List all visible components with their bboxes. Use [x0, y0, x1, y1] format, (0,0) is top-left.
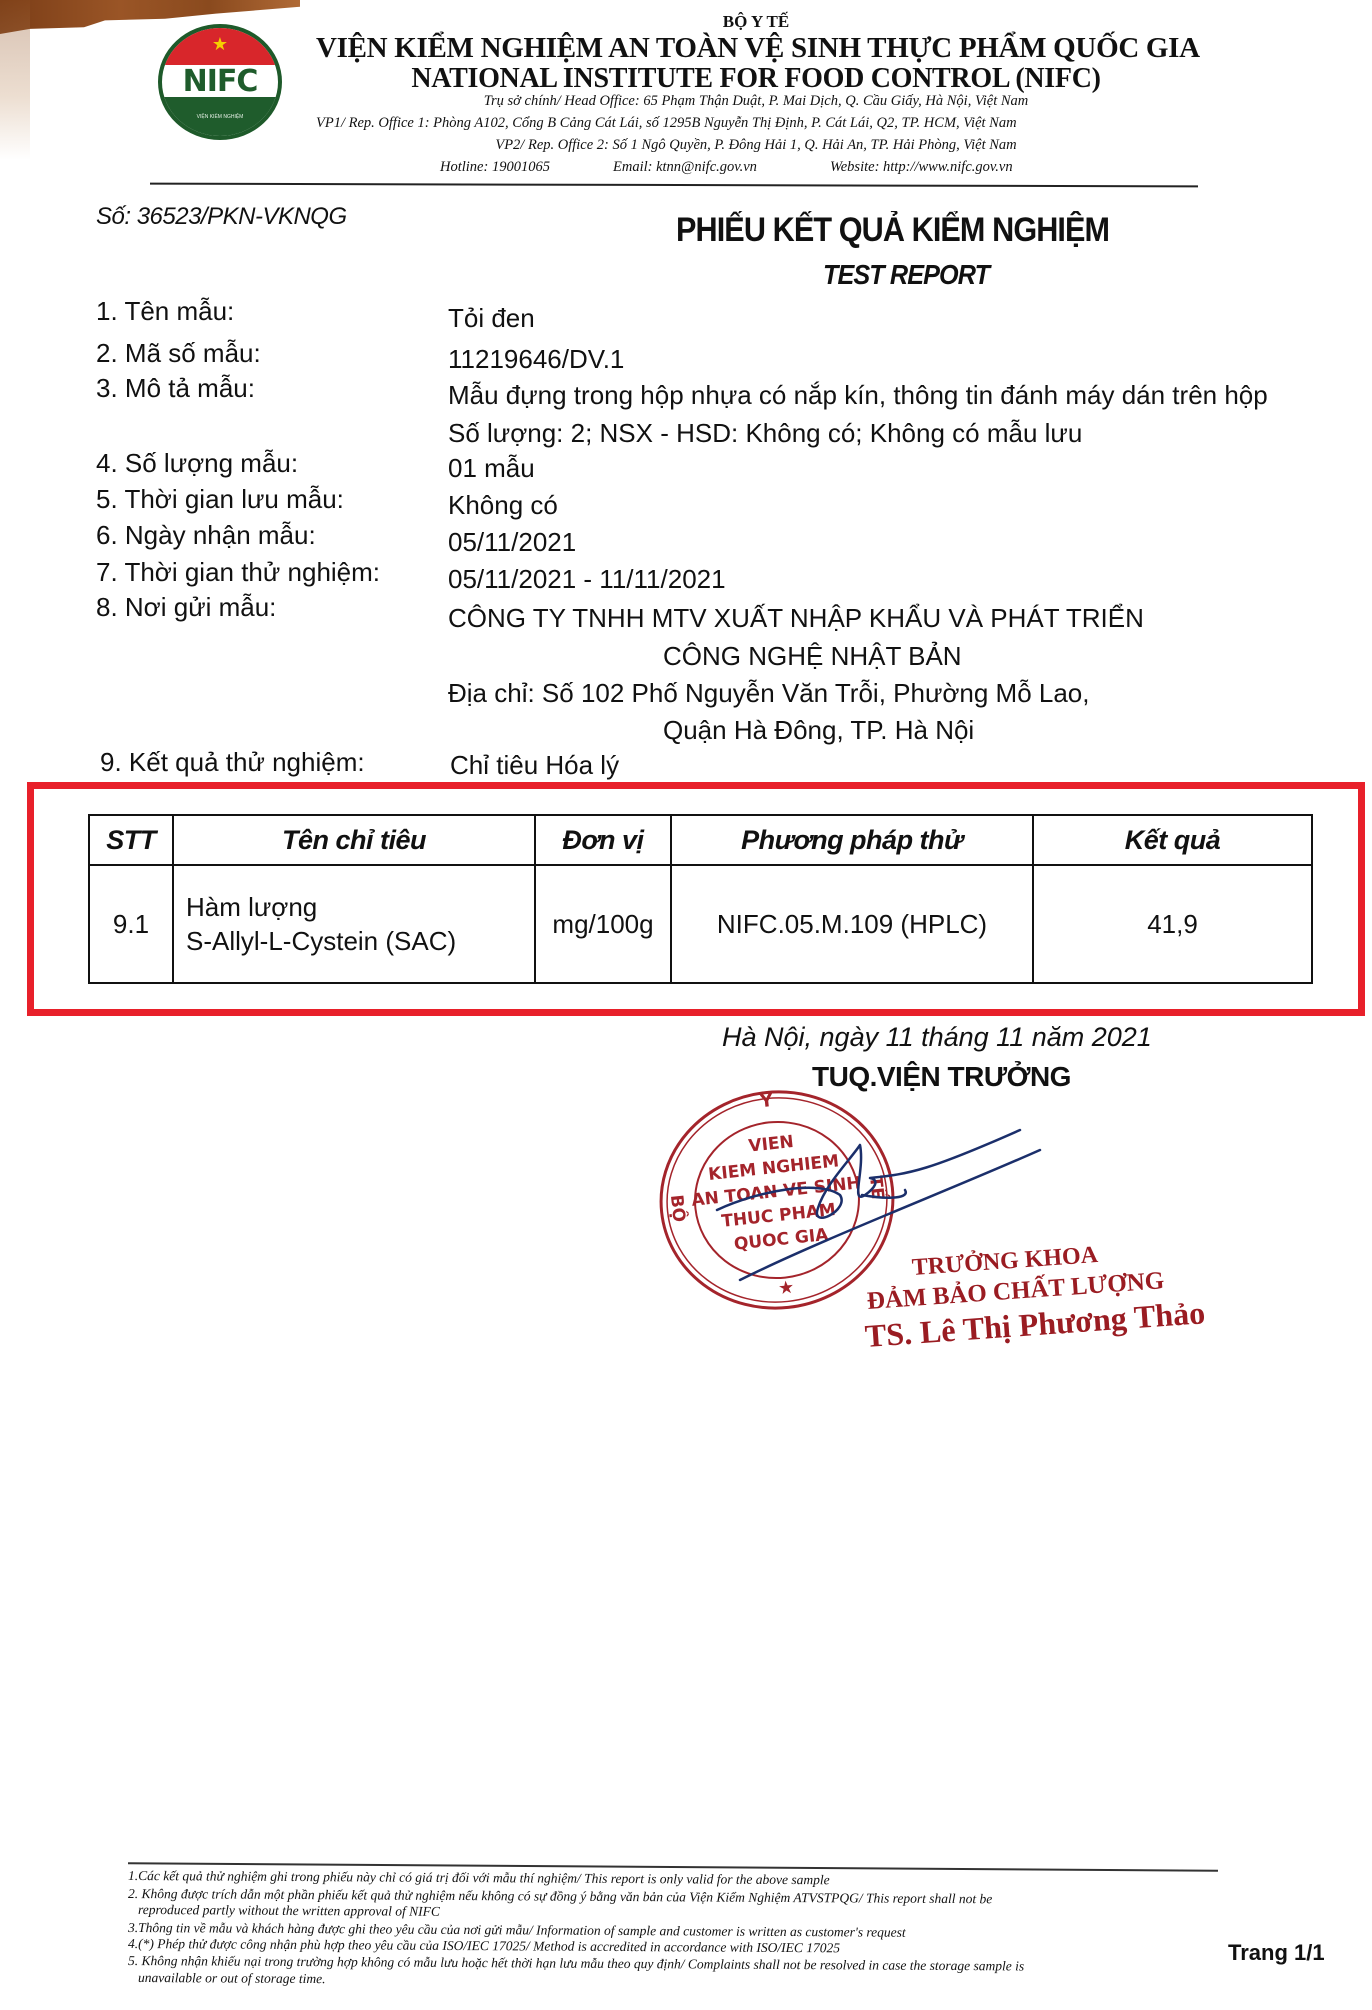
page-title: PHIẾU KẾT QUẢ KIỂM NGHIỆM	[676, 211, 1109, 250]
page-subtitle: TEST REPORT	[823, 259, 989, 291]
field-value-test-result: Chỉ tiêu Hóa lý	[450, 750, 619, 781]
on-behalf-title: TUQ.VIỆN TRƯỞNG	[812, 1061, 1071, 1093]
cell-unit: mg/100g	[535, 865, 671, 983]
star-icon: ★	[162, 34, 278, 55]
rep-office-2-address: VP2/ Rep. Office 2: Số 1 Ngô Quyền, P. Đ…	[316, 137, 1196, 154]
field-value-sender-company-2: CÔNG NGHỆ NHẬT BẢN	[663, 641, 962, 672]
institute-name-en: NATIONAL INSTITUTE FOR FOOD CONTROL (NIF…	[316, 63, 1196, 95]
field-label-sample-quantity: 4. Số lượng mẫu:	[96, 448, 298, 479]
field-label-storage-time: 5. Thời gian lưu mẫu:	[96, 484, 344, 515]
header-divider	[150, 183, 1198, 188]
footnote-1: 1.Các kết quả thử nghiệm ghi trong phiếu…	[128, 1868, 830, 1888]
hotline: Hotline: 19001065	[440, 159, 550, 176]
indicator-line-1: Hàm lượng	[186, 890, 534, 924]
field-value-sample-quantity: 01 mẫu	[448, 453, 535, 484]
results-table: STT Tên chỉ tiêu Đơn vị Phương pháp thử …	[88, 814, 1313, 984]
column-header-result: Kết quả	[1033, 815, 1312, 865]
logo-subtext: VIỆN KIỂM NGHIỆM	[162, 114, 278, 120]
footnote-2-continued: reproduced partly without the written ap…	[138, 1902, 440, 1920]
table-header-row: STT Tên chỉ tiêu Đơn vị Phương pháp thử …	[89, 815, 1312, 865]
cell-result: 41,9	[1033, 865, 1312, 983]
field-value-sample-code: 11219646/DV.1	[448, 344, 624, 375]
website-link[interactable]: Website: http://www.nifc.gov.vn	[830, 159, 1013, 176]
field-label-test-result: 9. Kết quả thử nghiệm:	[100, 747, 365, 778]
column-header-unit: Đơn vị	[535, 815, 671, 865]
field-value-storage-time: Không có	[448, 490, 558, 521]
email[interactable]: Email: ktnn@nifc.gov.vn	[613, 159, 757, 176]
column-header-indicator: Tên chỉ tiêu	[173, 815, 535, 865]
field-label-sender: 8. Nơi gửi mẫu:	[96, 592, 276, 623]
cell-indicator: Hàm lượng S-Allyl-L-Cystein (SAC)	[173, 865, 535, 983]
head-office-address: Trụ sở chính/ Head Office: 65 Phạm Thận …	[316, 93, 1196, 110]
footnote-5-continued: unavailable or out of storage time.	[138, 1970, 326, 1987]
document-number: Số: 36523/PKN-VKNQG	[96, 203, 347, 231]
field-value-test-period: 05/11/2021 - 11/11/2021	[448, 564, 726, 595]
logo-text: NIFC	[162, 64, 278, 99]
page-number: Trang 1/1	[1228, 1940, 1325, 1966]
field-value-sample-name: Tỏi đen	[448, 303, 535, 334]
table-row: 9.1 Hàm lượng S-Allyl-L-Cystein (SAC) mg…	[89, 865, 1312, 983]
field-value-sender-company-1: CÔNG TY TNHH MTV XUẤT NHẬP KHẨU VÀ PHÁT …	[448, 603, 1144, 634]
field-label-received-date: 6. Ngày nhận mẫu:	[96, 520, 316, 551]
cell-method: NIFC.05.M.109 (HPLC)	[671, 865, 1033, 983]
field-label-sample-description: 3. Mô tả mẫu:	[96, 373, 255, 404]
field-value-sample-description-1: Mẫu đựng trong hộp nhựa có nắp kín, thôn…	[448, 380, 1268, 411]
place-date: Hà Nội, ngày 11 tháng 11 năm 2021	[722, 1022, 1152, 1053]
paper-shadow	[0, 0, 30, 160]
field-value-sample-description-2: Số lượng: 2; NSX - HSD: Không có; Không …	[448, 418, 1082, 449]
field-value-received-date: 05/11/2021	[448, 527, 576, 558]
nifc-logo: ★ NIFC VIỆN KIỂM NGHIỆM	[158, 24, 282, 140]
field-label-test-period: 7. Thời gian thử nghiệm:	[96, 557, 380, 588]
column-header-method: Phương pháp thử	[671, 815, 1033, 865]
ministry-name: BỘ Y TẾ	[316, 12, 1196, 32]
indicator-line-2: S-Allyl-L-Cystein (SAC)	[186, 924, 534, 958]
institute-name-vi: VIỆN KIỂM NGHIỆM AN TOÀN VỆ SINH THỰC PH…	[316, 32, 1196, 65]
field-value-sender-address-1: Địa chỉ: Số 102 Phố Nguyễn Văn Trỗi, Phư…	[448, 678, 1090, 709]
field-label-sample-code: 2. Mã số mẫu:	[96, 338, 261, 369]
rep-office-1-address: VP1/ Rep. Office 1: Phòng A102, Cổng B C…	[316, 115, 1017, 132]
column-header-stt: STT	[89, 815, 173, 865]
cell-stt: 9.1	[89, 865, 173, 983]
field-value-sender-address-2: Quận Hà Đông, TP. Hà Nội	[663, 715, 974, 746]
field-label-sample-name: 1. Tên mẫu:	[96, 296, 234, 327]
